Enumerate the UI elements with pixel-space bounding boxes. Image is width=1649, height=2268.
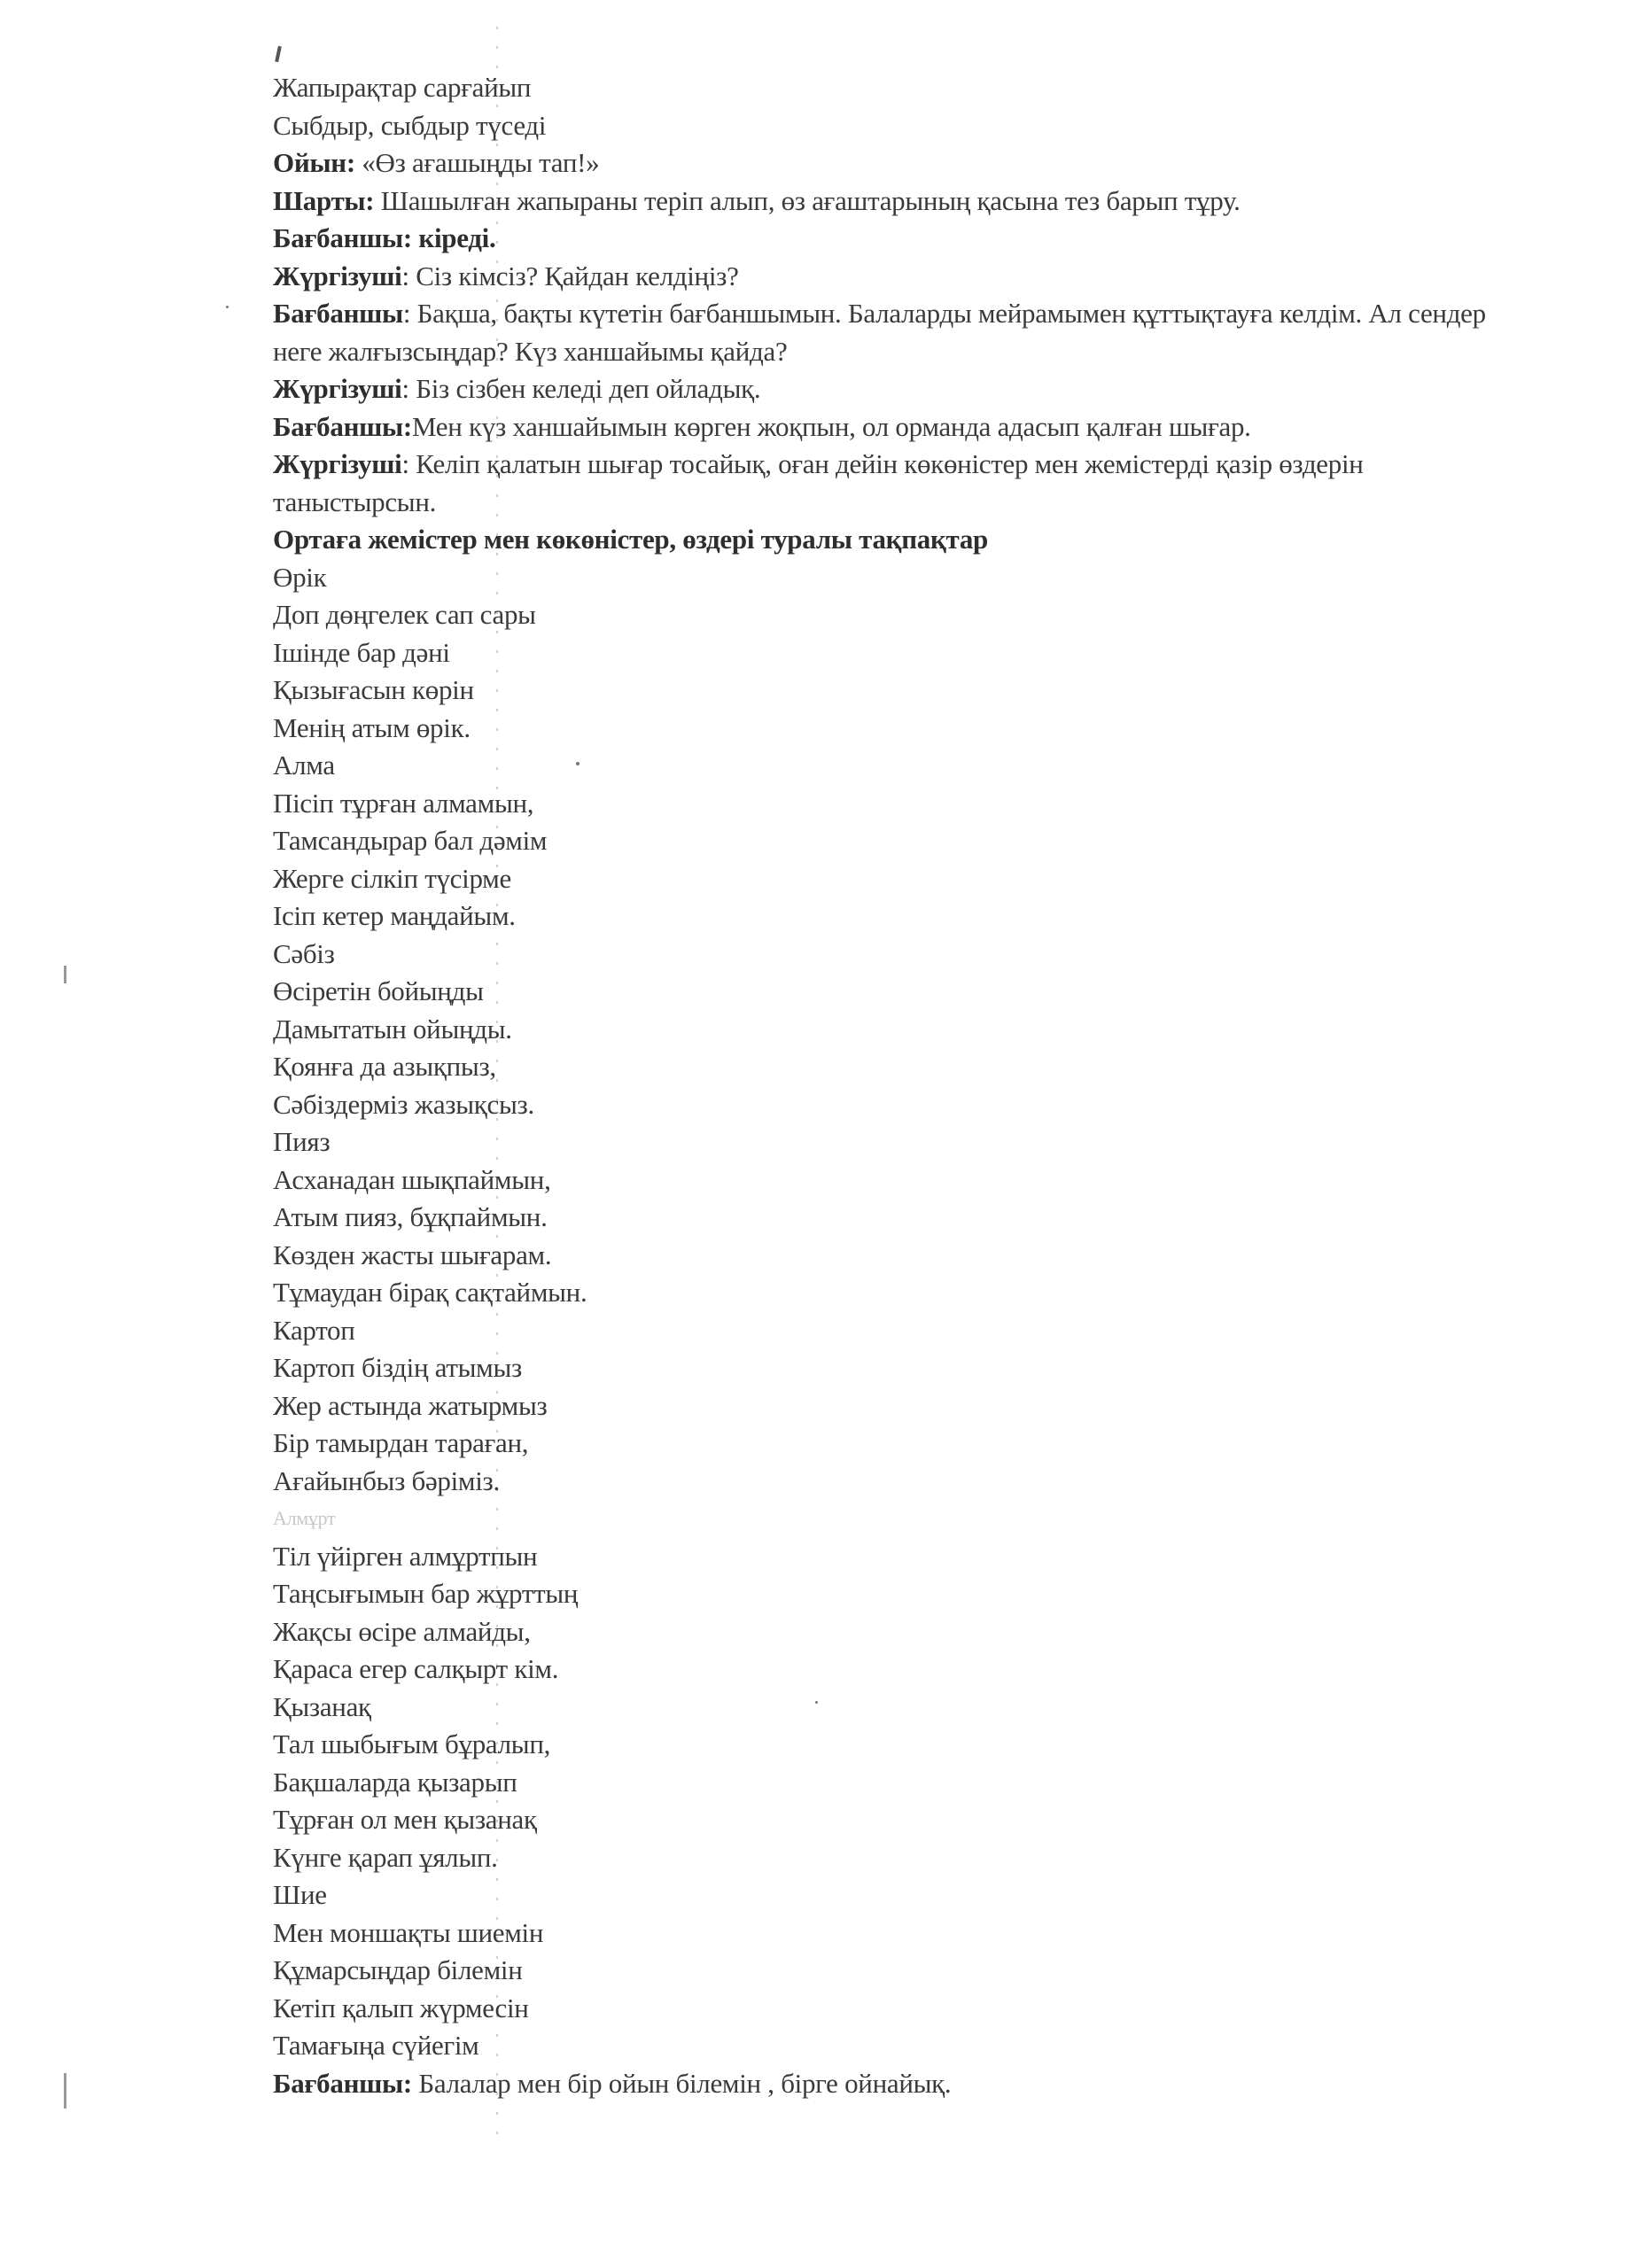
text-line: Пияз <box>273 1123 1496 1161</box>
text-line: Картоп біздің атымыз <box>273 1349 1496 1387</box>
line-text: Қоянға да азықпыз, <box>273 1051 496 1082</box>
text-line: Көзден жасты шығарам. <box>273 1237 1496 1275</box>
text-line: Сәбіздерміз жазықсыз. <box>273 1086 1496 1124</box>
text-line: Кетіп қалып жүрмесін <box>273 1990 1496 2028</box>
scan-mark <box>64 2073 66 2109</box>
speaker-label: Ойын: <box>273 147 355 178</box>
line-text: Қараса егер салқырт кім. <box>273 1653 558 1684</box>
text-line: Күнге қарап ұялып. <box>273 1839 1496 1877</box>
dialogue-line: Ортаға жемістер мен көкөністер, өздері т… <box>273 521 1496 559</box>
speaker-label: Шарты: <box>273 185 374 216</box>
speaker-label: Жүргізуші <box>273 373 401 404</box>
dialogue-line: Бағбаншы: Бақша, бақты күтетін бағбаншым… <box>273 295 1496 370</box>
speaker-label: Бағбаншы: <box>273 2068 412 2099</box>
line-text: Көзден жасты шығарам. <box>273 1239 551 1270</box>
text-line: Бақшаларда қызарып <box>273 1764 1496 1802</box>
text-line: Дамытатын ойыңды. <box>273 1011 1496 1049</box>
line-text: Атым пияз, бұқпаймын. <box>273 1201 548 1232</box>
text-line: Сәбіз <box>273 936 1496 974</box>
text-line: Алмұрт <box>273 1500 1496 1538</box>
line-text: Жер астында жатырмыз <box>273 1390 547 1421</box>
text-line: Жапырақтар сарғайып <box>273 69 1496 107</box>
line-text: Доп дөңгелек сап сары <box>273 599 536 630</box>
line-text: Құмарсыңдар білемін <box>273 1954 523 1985</box>
text-line: Жерге сілкіп түсірме <box>273 860 1496 898</box>
text-line: Тал шыбығым бұралып, <box>273 1726 1496 1764</box>
dialogue-line: Ойын: «Өз ағашыңды тап!» <box>273 144 1496 183</box>
line-text: : Бақша, бақты күтетін бағбаншымын. Бала… <box>273 298 1486 367</box>
line-text: Ісіп кетер маңдайым. <box>273 900 516 931</box>
line-text: Тал шыбығым бұралып, <box>273 1728 550 1759</box>
line-text: Алма <box>273 750 335 781</box>
dialogue-line: Бағбаншы: кіреді. <box>273 220 1496 258</box>
line-text: Жерге сілкіп түсірме <box>273 863 511 894</box>
line-text: Менің атым өрік. <box>273 712 471 743</box>
line-text: Алмұрт <box>273 1507 335 1529</box>
text-line: Алма <box>273 747 1496 785</box>
line-text: Тіл үйірген алмұртпын <box>273 1541 537 1572</box>
text-line: Таңсығымын бар жұрттың <box>273 1575 1496 1613</box>
line-text: Картоп біздің атымыз <box>273 1352 522 1383</box>
document-page: Жапырақтар сарғайыпСыбдыр, сыбдыр түседі… <box>273 69 1496 2102</box>
text-line: Сыбдыр, сыбдыр түседі <box>273 107 1496 145</box>
line-text: Сәбіздерміз жазықсыз. <box>273 1089 534 1120</box>
line-text: Жақсы өсіре алмайды, <box>273 1616 531 1647</box>
text-line: Пісіп тұрған алмамын, <box>273 785 1496 823</box>
line-text: Шашылған жапыраны теріп алып, өз ағаштар… <box>374 185 1240 216</box>
dialogue-line: Жүргізуші: Келіп қалатын шығар тосайық, … <box>273 446 1496 521</box>
text-line: Қараса егер салқырт кім. <box>273 1651 1496 1689</box>
speaker-label: Бағбаншы: <box>273 411 412 442</box>
dialogue-line: Бағбаншы: Балалар мен бір ойын білемін ,… <box>273 2065 1496 2103</box>
speaker-label: Бағбаншы: кіреді. <box>273 222 495 253</box>
scan-mark <box>64 966 66 983</box>
speaker-label: Бағбаншы <box>273 298 403 329</box>
line-text: Таңсығымын бар жұрттың <box>273 1578 578 1609</box>
text-line: Өсіретін бойыңды <box>273 973 1496 1011</box>
speaker-label: Ортаға жемістер мен көкөністер, өздері т… <box>273 524 988 555</box>
line-text: : Біз сізбен келеді деп ойладық. <box>401 373 760 404</box>
line-text: Дамытатын ойыңды. <box>273 1014 512 1045</box>
line-text: «Өз ағашыңды тап!» <box>355 147 600 178</box>
text-line: Мен моншақты шиемін <box>273 1915 1496 1953</box>
line-text: Мен күз ханшайымын көрген жоқпын, ол орм… <box>412 411 1251 442</box>
dialogue-line: Жүргізуші: Біз сізбен келеді деп ойладық… <box>273 370 1496 408</box>
line-text: Мен моншақты шиемін <box>273 1917 543 1948</box>
line-text: Пияз <box>273 1126 330 1157</box>
line-text: Сыбдыр, сыбдыр түседі <box>273 110 546 141</box>
line-text: Жапырақтар сарғайып <box>273 72 531 103</box>
scan-speck <box>226 306 229 308</box>
text-line: Тіл үйірген алмұртпын <box>273 1538 1496 1576</box>
line-text: Пісіп тұрған алмамын, <box>273 788 533 819</box>
text-line: Тұмаудан бірақ сақтаймын. <box>273 1274 1496 1312</box>
line-text: Ағайынбыз бәріміз. <box>273 1465 500 1496</box>
line-text: Картоп <box>273 1315 355 1346</box>
line-text: Бақшаларда қызарып <box>273 1767 517 1798</box>
line-text: Тұрған ол мен қызанақ <box>273 1804 537 1835</box>
text-line: Ісіп кетер маңдайым. <box>273 897 1496 936</box>
line-text: Өрік <box>273 562 326 593</box>
speaker-label: Жүргізуші <box>273 260 401 291</box>
text-line: Құмарсыңдар білемін <box>273 1952 1496 1990</box>
text-line: Доп дөңгелек сап сары <box>273 596 1496 634</box>
text-line: Шие <box>273 1876 1496 1915</box>
text-line: Қызанақ <box>273 1689 1496 1727</box>
text-line: Картоп <box>273 1312 1496 1350</box>
text-line: Менің атым өрік. <box>273 710 1496 748</box>
line-text: Тамағыңа сүйегім <box>273 2030 478 2061</box>
line-text: Тұмаудан бірақ сақтаймын. <box>273 1277 587 1308</box>
text-line: Жер астында жатырмыз <box>273 1387 1496 1425</box>
line-text: Ішінде бар дәні <box>273 637 450 668</box>
line-text: Бір тамырдан тараған, <box>273 1427 528 1458</box>
line-text: Асханадан шықпаймын, <box>273 1164 551 1195</box>
line-text: Өсіретін бойыңды <box>273 975 484 1006</box>
scan-mark <box>275 46 282 62</box>
dialogue-line: Бағбаншы:Мен күз ханшайымын көрген жоқпы… <box>273 408 1496 447</box>
line-text: Сәбіз <box>273 938 335 969</box>
line-text: Күнге қарап ұялып. <box>273 1842 498 1873</box>
line-text: Кетіп қалып жүрмесін <box>273 1992 529 2023</box>
line-text: Шие <box>273 1879 327 1910</box>
text-line: Қоянға да азықпыз, <box>273 1048 1496 1086</box>
text-line: Атым пияз, бұқпаймын. <box>273 1199 1496 1237</box>
text-line: Қызығасын көрін <box>273 672 1496 710</box>
text-line: Ішінде бар дәні <box>273 634 1496 672</box>
dialogue-line: Жүргізуші: Сіз кімсіз? Қайдан келдіңіз? <box>273 258 1496 296</box>
line-text: Тамсандырар бал дәмім <box>273 825 547 856</box>
text-line: Тұрған ол мен қызанақ <box>273 1801 1496 1839</box>
text-line: Асханадан шықпаймын, <box>273 1161 1496 1200</box>
speaker-label: Жүргізуші <box>273 448 401 479</box>
line-text: : Келіп қалатын шығар тосайық, оған дейі… <box>273 448 1364 517</box>
text-line: Тамсандырар бал дәмім <box>273 822 1496 860</box>
line-text: Қызығасын көрін <box>273 674 474 705</box>
line-text: Балалар мен бір ойын білемін , бірге ойн… <box>412 2068 951 2099</box>
line-text: : Сіз кімсіз? Қайдан келдіңіз? <box>401 260 738 291</box>
text-line: Ағайынбыз бәріміз. <box>273 1463 1496 1501</box>
text-line: Жақсы өсіре алмайды, <box>273 1613 1496 1651</box>
text-line: Бір тамырдан тараған, <box>273 1425 1496 1463</box>
dialogue-line: Шарты: Шашылған жапыраны теріп алып, өз … <box>273 183 1496 221</box>
text-line: Өрік <box>273 559 1496 597</box>
line-text: Қызанақ <box>273 1691 371 1722</box>
text-line: Тамағыңа сүйегім <box>273 2027 1496 2065</box>
